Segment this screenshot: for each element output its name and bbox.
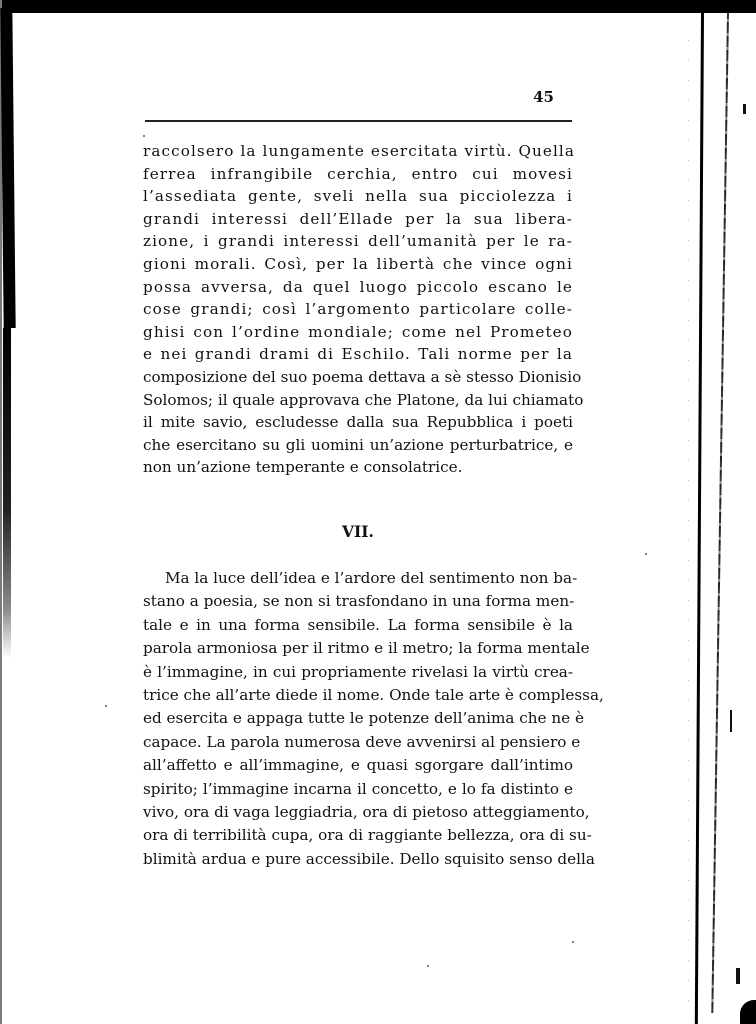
text-line: il mite savio, escludesse dalla sua Repu…: [143, 411, 573, 433]
text-line: blimità ardua e pure accessibile. Dello …: [143, 848, 573, 870]
text-line: non un’azione temperante e consolatrice.: [143, 456, 573, 478]
scan-speck: [427, 965, 429, 967]
scan-dotted-margin: [688, 40, 689, 1010]
text-line: capace. La parola numerosa deve avvenirs…: [143, 731, 573, 753]
margin-mark: [743, 104, 746, 114]
text-line: possa avversa, da quel luogo piccolo esc…: [143, 276, 573, 298]
text-line: ferrea infrangibile cerchia, entro cui m…: [143, 163, 573, 185]
text-line: spirito; l’immagine incarna il concetto,…: [143, 778, 573, 800]
scan-speck: [105, 705, 107, 707]
scan-border-top: [0, 0, 756, 13]
book-gutter-line: [695, 13, 704, 1024]
text-line: Solomos; il quale approvava che Platone,…: [143, 389, 573, 411]
book-edge-line: [711, 13, 729, 1013]
text-line: cose grandi; così l’argomento particolar…: [143, 298, 573, 320]
scan-speck: [143, 135, 145, 137]
margin-mark: [730, 710, 732, 732]
scan-border-left-fade: [3, 328, 11, 658]
text-line: ora di terribilità cupa, ora di raggiant…: [143, 824, 573, 846]
text-line: ghisi con l’ordine mondiale; come nel Pr…: [143, 321, 573, 343]
section-heading: VII.: [143, 521, 573, 543]
text-line: e nei grandi drami di Eschilo. Tali norm…: [143, 343, 573, 365]
text-line: composizione del suo poema dettava a sè …: [143, 366, 573, 388]
text-line: stano a poesia, se non si trasfondano in…: [143, 590, 573, 612]
margin-mark: [740, 1000, 756, 1024]
text-line: l’assediata gente, sveli nella sua picci…: [143, 185, 573, 207]
text-line: che esercitano su gli uomini un’azione p…: [143, 434, 573, 456]
scan-speck: [572, 941, 574, 943]
text-line: zione, i grandi interessi dell’umanità p…: [143, 230, 573, 252]
text-line: gioni morali. Così, per la libertà che v…: [143, 253, 573, 275]
text-line: parola armoniosa per il ritmo e il metro…: [143, 637, 573, 659]
margin-mark: [736, 968, 740, 984]
header-rule: [145, 120, 572, 122]
scan-border-left: [0, 8, 15, 328]
scan-speck: [645, 553, 647, 555]
text-line: Ma la luce dell’idea e l’ardore del sent…: [165, 567, 573, 589]
text-line: vivo, ora di vaga leggiadria, ora di pie…: [143, 801, 573, 823]
text-line: ed esercita e appaga tutte le potenze de…: [143, 707, 573, 729]
page-number: 45: [530, 88, 554, 106]
text-line: trice che all’arte diede il nome. Onde t…: [143, 684, 573, 706]
text-line: grandi interessi dell’Ellade per la sua …: [143, 208, 573, 230]
text-line: raccolsero la lungamente esercitata virt…: [143, 140, 573, 162]
text-line: all’affetto e all’immagine, e quasi sgor…: [143, 754, 573, 776]
text-line: tale e in una forma sensibile. La forma …: [143, 614, 573, 636]
text-line: è l’immagine, in cui propriamente rivela…: [143, 661, 573, 683]
